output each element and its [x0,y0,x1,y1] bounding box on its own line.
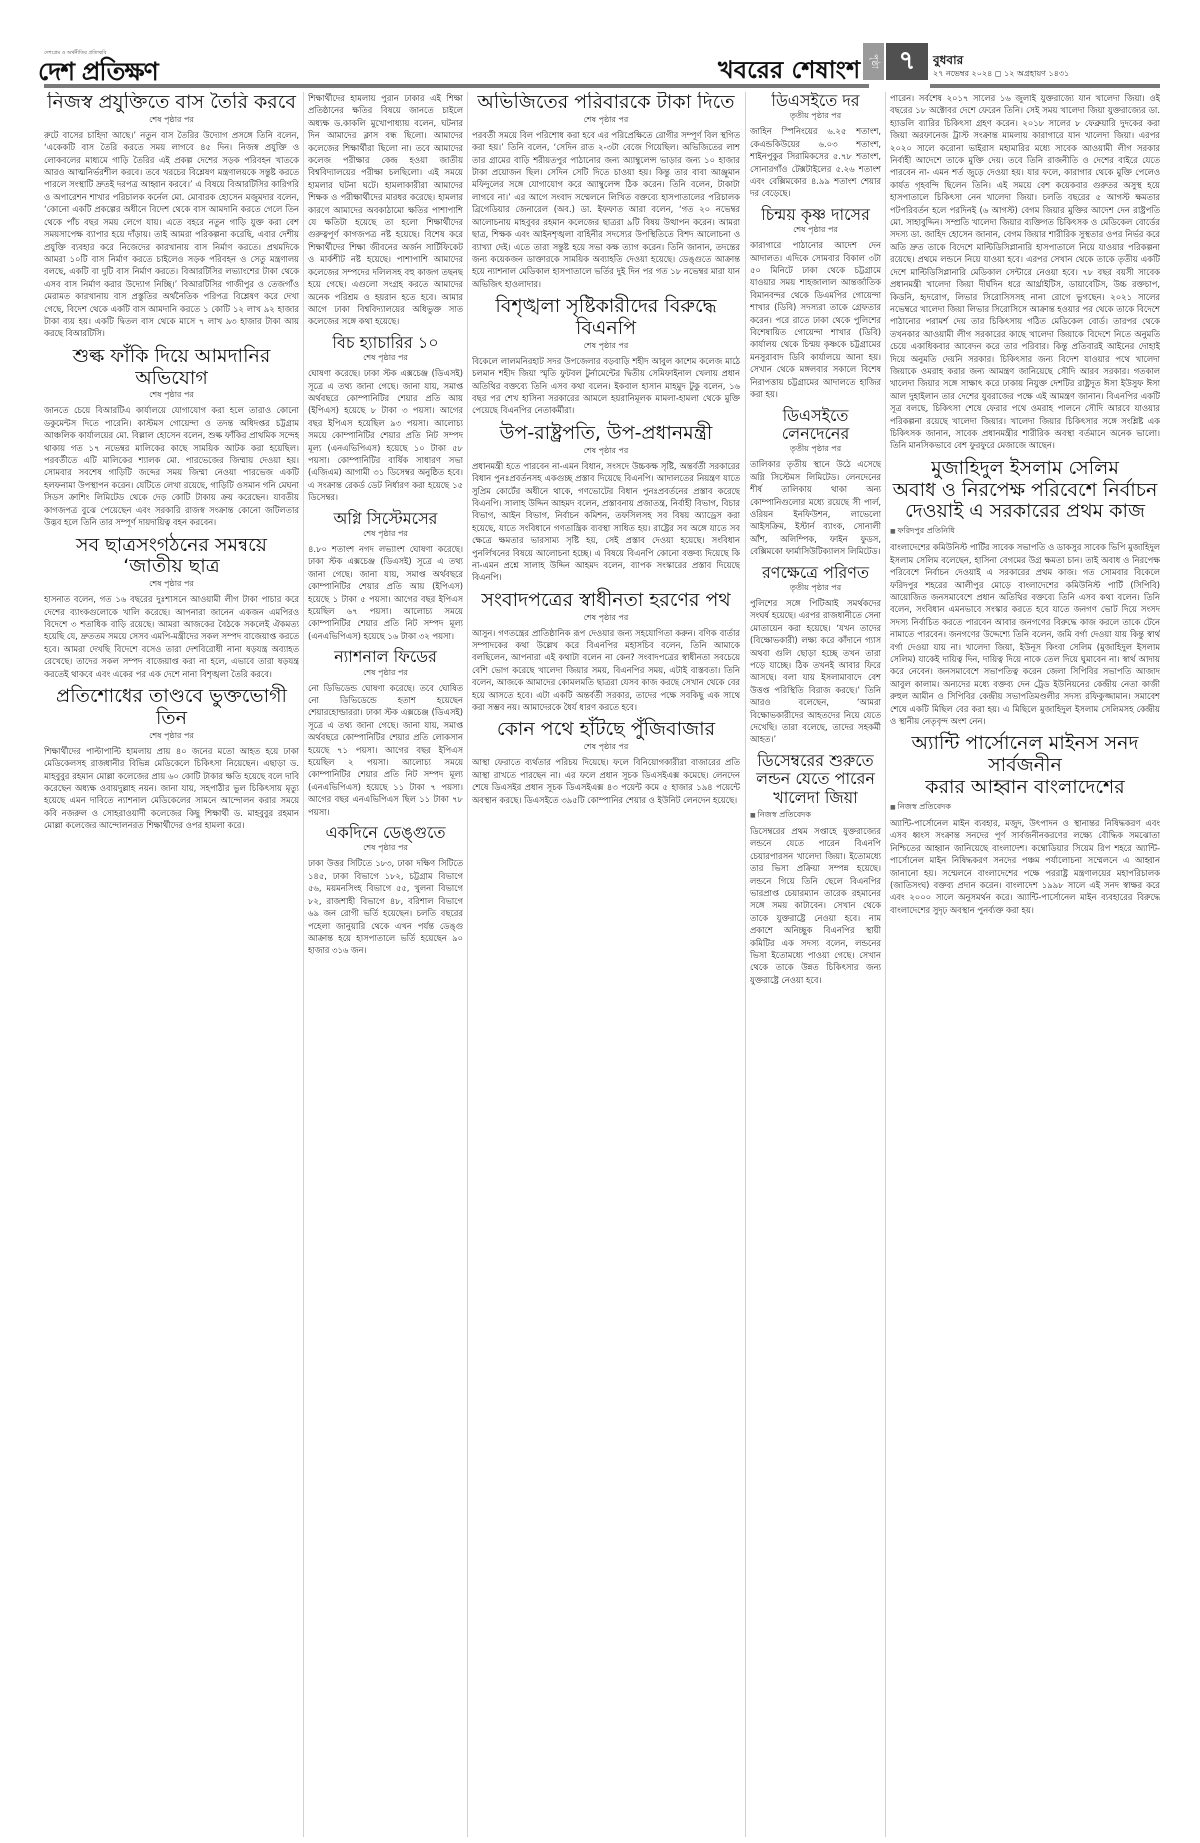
headline[interactable]: অগ্নি সিস্টেমসের [308,510,463,528]
column-divider [303,92,304,1837]
article-selim[interactable]: মুজাহিদুল ইসলাম সেলিম অবাধ ও নিরপেক্ষ পর… [890,458,1160,728]
byline: নিজস্ব প্রতিবেদক [750,809,881,822]
column-3: অভিজিতের পরিবারকে টাকা দিতে শেষ পৃষ্ঠার … [472,92,740,1837]
article-bnp-disorder[interactable]: বিশৃঙ্খলা সৃষ্টিকারীদের বিরুদ্ধে বিএনপি … [472,296,740,417]
page-number: ৭ [886,43,928,80]
article-avijit[interactable]: অভিজিতের পরিবারকে টাকা দিতে শেষ পৃষ্ঠার … [472,92,740,290]
issue-date: ২৭ নভেম্বর ২০২৪ ◻ ১২ অগ্রহায়ণ ১৪৩১ [933,68,1069,81]
article-agni-systems[interactable]: অগ্নি সিস্টেমসের শেষ পৃষ্ঠার পর ৪.৮০ শতা… [308,510,463,643]
article-customs[interactable]: শুল্ক ফাঁকি দিয়ে আমদানির অভিযোগ শেষ পৃষ… [44,346,299,529]
newspaper-logo[interactable]: দেশ প্রতিক্ষণ [38,52,158,95]
continued-label: শেষ পৃষ্ঠার পর [308,667,463,680]
continued-label: শেষ পৃষ্ঠার পর [472,445,740,458]
column-2: শিক্ষার্থীদের হামলায় পুরান ঢাকার এই শিক… [308,92,463,1837]
article-body: রুটে বাসের চাহিদা আছে।’ নতুন বাস তৈরির উ… [44,129,299,340]
byline: নিজস্ব প্রতিবেদক [890,801,1160,814]
continued-label: শেষ পৃষ্ঠার পর [44,389,299,402]
continued-label: শেষ পৃষ্ঠার পর [472,612,740,625]
masthead: দেশপ্রেম ও অর্থনীতির প্রতিচ্ছবি দেশ প্রত… [0,0,1200,80]
continued-label: শেষ পৃষ্ঠার পর [308,528,463,541]
article-khaleda-continued[interactable]: পারেন। সর্বশেষ ২০১৭ সালের ১৬ জুলাই যুক্ত… [890,92,1160,452]
continued-label: শেষ পৃষ্ঠার পর [308,352,463,365]
headline[interactable]: ডিএসইতে লেনদেনের [750,407,881,444]
headline[interactable]: ন্যাশনাল ফিডের [308,648,463,666]
continued-label: তৃতীয় পৃষ্ঠার পর [750,582,881,595]
continued-label: শেষ পৃষ্ঠার পর [750,224,881,237]
byline: ফরিদপুর প্রতিনিধি [890,525,1160,538]
article-body: নো ডিভিডেন্ড ঘোষণা করেছে। তবে ঘোষিত নো ড… [308,682,463,818]
article-body: প্রধানমন্ত্রী হতে পারবেন না-এমন বিধান, স… [472,460,740,584]
continued-label: শেষ পৃষ্ঠার পর [472,741,740,754]
article-revenge[interactable]: প্রতিশোধের তাণ্ডবে ভুক্তভোগী তিন শেষ পৃষ… [44,686,299,832]
article-body: তালিকার তৃতীয় স্থানে উঠে এসেছে অগ্নি সি… [750,458,881,557]
article-khaleda-london[interactable]: ডিসেম্বরের শুরুতে লন্ডন যেতে পারেন খালেদ… [750,752,881,986]
headline-line-1[interactable]: অ্যান্টি পার্সোনেল মাইনস সনদ সার্বজনীন [890,733,1160,777]
article-body: ঢাকা উত্তর সিটিতে ১৮৩, ঢাকা দক্ষিণ সিটিত… [308,857,463,956]
continued-label: শেষ পৃষ্ঠার পর [308,842,463,855]
continued-label: শেষ পৃষ্ঠার পর [44,730,299,743]
headline[interactable]: কোন পথে হাঁটছে পুঁজিবাজার [472,719,740,741]
page-label: পৃষ্ঠা [863,43,884,80]
article-chinmoy[interactable]: চিন্ময় কৃষ্ণ দাসের শেষ পৃষ্ঠার পর কারাগ… [750,206,881,401]
article-body: জানতে চেয়ে বিআরটিএ কার্যালয়ে যোগাযোগ ক… [44,404,299,528]
headline-line-2[interactable]: অবাধ ও নিরপেক্ষ পরিবেশে নির্বাচন [890,480,1160,502]
column-divider [745,92,746,1837]
column-1: নিজস্ব প্রযুক্তিতে বাস তৈরি করবে শেষ পৃষ… [44,92,299,1837]
article-body: ৪.৮০ শতাংশ নগদ লভ্যাংশ ঘোষণা করেছে। ঢাকা… [308,543,463,642]
article-body: আসুন। গণতন্ত্রের প্রাতিষ্ঠানিক রূপ দেওয়… [472,627,740,714]
column-divider [885,92,886,1837]
headline-line-1[interactable]: মুজাহিদুল ইসলাম সেলিম [890,458,1160,480]
column-4: ডিএসইতে দর তৃতীয় পৃষ্ঠার পর জাহিন স্পিন… [750,92,881,1837]
headline[interactable]: ডিসেম্বরের শুরুতে লন্ডন যেতে পারেন খালেদ… [750,752,881,807]
headline[interactable]: রণক্ষেত্রে পরিণত [750,564,881,582]
article-body: বিকেলে লালমনিরহাট সদর উপজেলার বড়বাড়ি শ… [472,355,740,417]
headline[interactable]: সংবাদপত্রের স্বাধীনতা হরণের পথ [472,590,740,612]
headline[interactable]: ডিএসইতে দর [750,92,881,110]
article-body: শিক্ষার্থীদের পাল্টাপাল্টি হামলায় প্রায… [44,745,299,832]
article-press-freedom[interactable]: সংবাদপত্রের স্বাধীনতা হরণের পথ শেষ পৃষ্ঠ… [472,590,740,714]
article-college-continued[interactable]: শিক্ষার্থীদের হামলায় পুরান ঢাকার এই শিক… [308,92,463,328]
headline[interactable]: শুল্ক ফাঁকি দিয়ে আমদানির অভিযোগ [44,346,299,390]
column-5: পারেন। সর্বশেষ ২০১৭ সালের ১৬ জুলাই যুক্ত… [890,92,1160,1837]
header-rule-right [930,84,1160,88]
article-body: জাহিন স্পিনিংয়ের ৬.২৫ শতাংশ, কেএন্ডকিউয… [750,125,881,199]
continued-label: তৃতীয় পৃষ্ঠার পর [750,443,881,456]
headline[interactable]: নিজস্ব প্রযুক্তিতে বাস তৈরি করবে [44,92,299,114]
article-stock-market[interactable]: কোন পথে হাঁটছে পুঁজিবাজার শেষ পৃষ্ঠার পর… [472,719,740,805]
headline[interactable]: চিন্ময় কৃষ্ণ দাসের [750,206,881,224]
continued-label: শেষ পৃষ্ঠার পর [44,114,299,127]
headline-line-2[interactable]: করার আহ্বান বাংলাদেশের [890,777,1160,799]
article-bus[interactable]: নিজস্ব প্রযুক্তিতে বাস তৈরি করবে শেষ পৃষ… [44,92,299,340]
headline[interactable]: সব ছাত্রসংগঠনের সমন্বয়ে ‘জাতীয় ছাত্র [44,535,299,579]
article-deputy-pm[interactable]: উপ-রাষ্ট্রপতি, উপ-প্রধানমন্ত্রী শেষ পৃষ্… [472,423,740,584]
article-dse-trade[interactable]: ডিএসইতে লেনদেনের তৃতীয় পৃষ্ঠার পর তালিক… [750,407,881,558]
article-dengue[interactable]: একদিনে ডেঙ্গুতে শেষ পৃষ্ঠার পর ঢাকা উত্ত… [308,824,463,957]
article-landmines[interactable]: অ্যান্টি পার্সোনেল মাইনস সনদ সার্বজনীন ক… [890,733,1160,916]
headline-line-3[interactable]: দেওয়াই এ সরকারের প্রথম কাজ [890,501,1160,523]
article-body: পরবর্তী সময়ে বিল পরিশোধ করা হবে এর পরিপ… [472,129,740,290]
article-beach-hatchery[interactable]: বিচ হ্যাচারির ১০ শেষ পৃষ্ঠার পর ঘোষণা কর… [308,334,463,504]
continued-label: শেষ পৃষ্ঠার পর [44,578,299,591]
article-body: পারেন। সর্বশেষ ২০১৭ সালের ১৬ জুলাই যুক্ত… [890,92,1160,452]
article-body: পুলিশের সঙ্গে পিটিআই সমর্থকদের সংঘর্ষ হয… [750,597,881,746]
continued-label: শেষ পৃষ্ঠার পর [472,114,740,127]
article-body: বাংলাদেশের কমিউনিস্ট পার্টির সাবেক সভাপত… [890,541,1160,727]
article-students[interactable]: সব ছাত্রসংগঠনের সমন্বয়ে ‘জাতীয় ছাত্র শ… [44,535,299,681]
headline[interactable]: উপ-রাষ্ট্রপতি, উপ-প্রধানমন্ত্রী [472,423,740,445]
article-body: অ্যান্টি-পার্সোনেল মাইন ব্যবহার, মজুদ, উ… [890,817,1160,916]
article-body: কারাগারে পাঠানোর আদেশ দেন আদালত। এদিকে স… [750,239,881,400]
article-body: হাসনাত বলেন, গত ১৬ বছরের দুঃশাসনে আওয়াম… [44,593,299,680]
headline[interactable]: একদিনে ডেঙ্গুতে [308,824,463,842]
headline[interactable]: অভিজিতের পরিবারকে টাকা দিতে [472,92,740,114]
continued-label: তৃতীয় পৃষ্ঠার পর [750,110,881,123]
article-body: শিক্ষার্থীদের হামলায় পুরান ঢাকার এই শিক… [308,92,463,328]
article-body: ঘোষণা করেছে। ঢাকা স্টক এক্সচেঞ্জ (ডিএসই)… [308,367,463,503]
article-body: ডিসেম্বরের প্রথম সপ্তাহে যুক্তরাজ্যের লন… [750,825,881,986]
continued-label: শেষ পৃষ্ঠার পর [472,340,740,353]
article-pakistan[interactable]: রণক্ষেত্রে পরিণত তৃতীয় পৃষ্ঠার পর পুলিশ… [750,564,881,746]
article-body: আস্থা ফেরাতে ব্যর্থতার পরিচয় দিয়েছে। ফ… [472,756,740,806]
column-divider [467,92,468,1837]
headline[interactable]: বিশৃঙ্খলা সৃষ্টিকারীদের বিরুদ্ধে বিএনপি [472,296,740,340]
article-dse-rate[interactable]: ডিএসইতে দর তৃতীয় পৃষ্ঠার পর জাহিন স্পিন… [750,92,881,200]
headline[interactable]: বিচ হ্যাচারির ১০ [308,334,463,352]
article-national-feed[interactable]: ন্যাশনাল ফিডের শেষ পৃষ্ঠার পর নো ডিভিডেন… [308,648,463,818]
header-rule-left [44,84,869,88]
headline[interactable]: প্রতিশোধের তাণ্ডবে ভুক্তভোগী তিন [44,686,299,730]
